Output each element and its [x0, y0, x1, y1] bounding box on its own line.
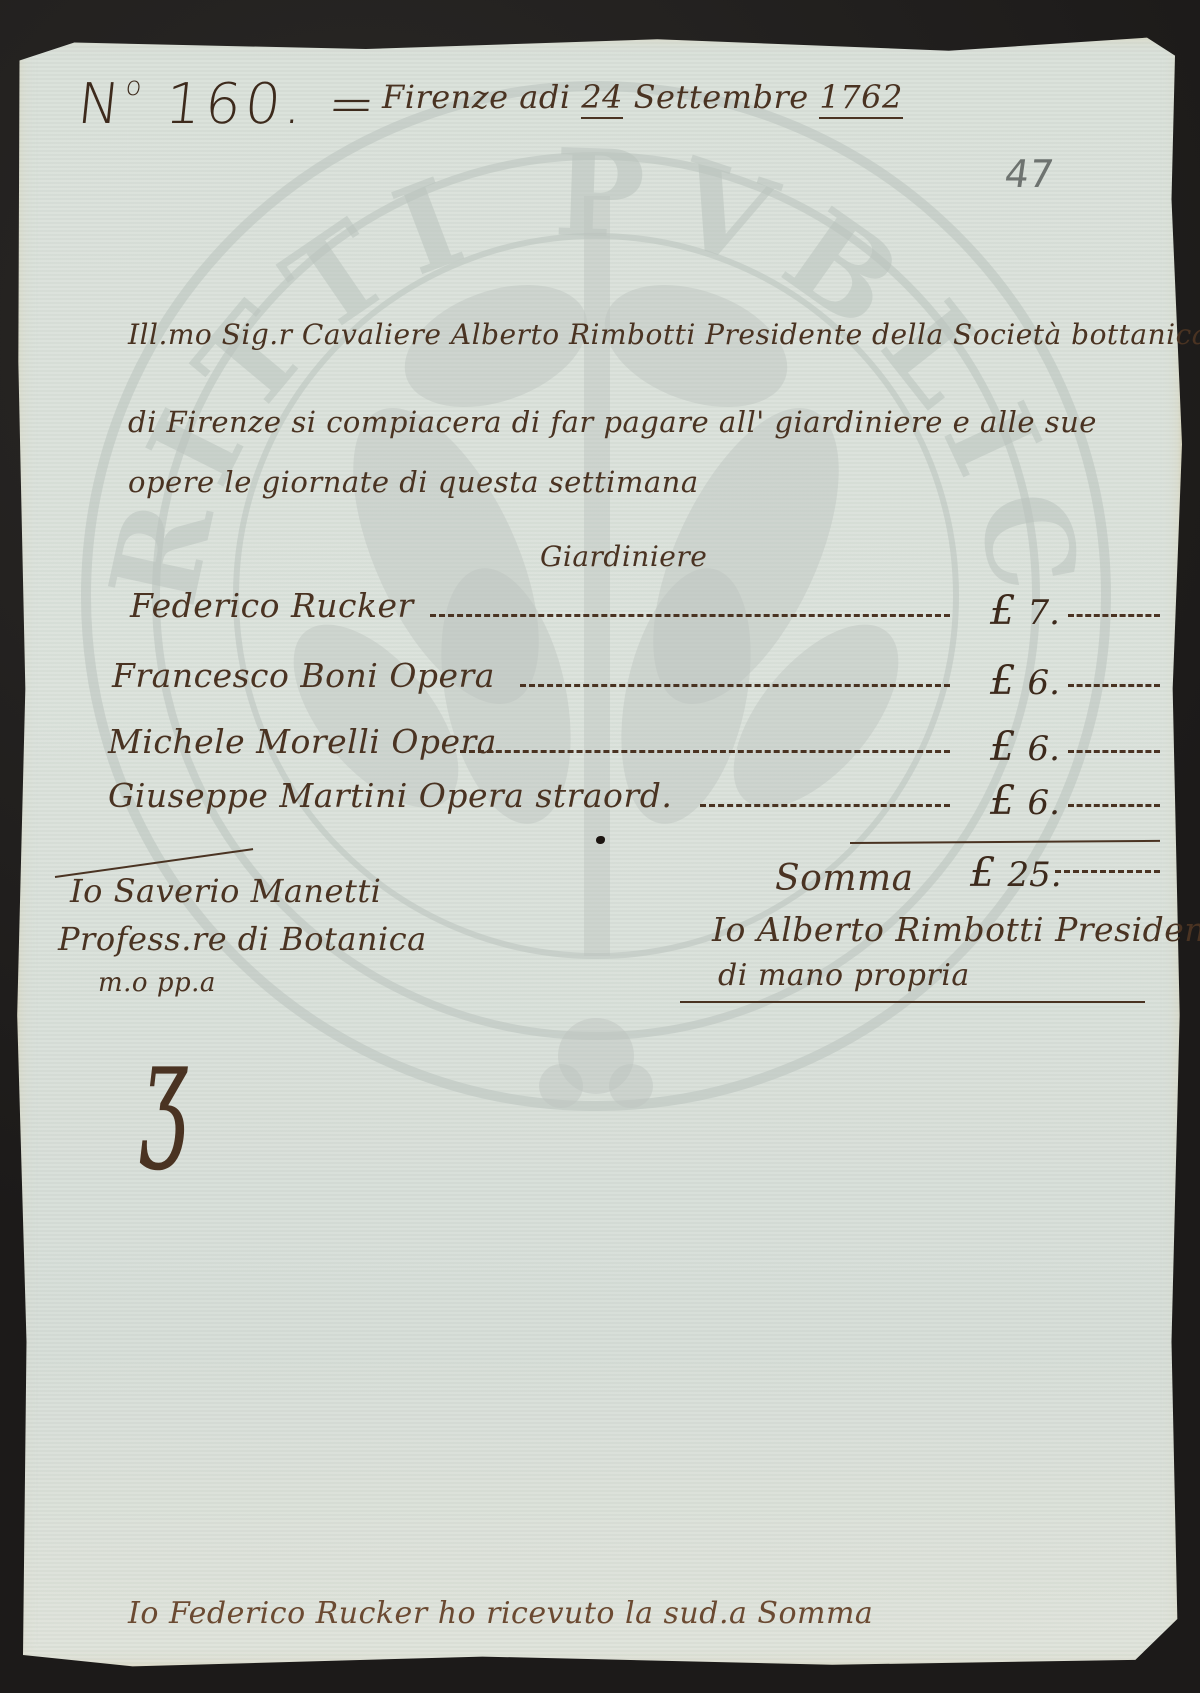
address-line-3: opere le giornate di questa settimana: [128, 465, 699, 499]
receipt-note: Io Federico Rucker ho ricevuto la sud.a …: [128, 1596, 873, 1631]
date-day: 24: [581, 78, 623, 119]
address-line-1: Ill.mo Sig.r Cavaliere Alberto Rimbotti …: [128, 318, 1200, 351]
dash-leader: [430, 614, 950, 617]
signature-underline: [680, 1001, 1145, 1003]
total-amount: £25.: [970, 850, 1062, 896]
date-year: 1762: [819, 78, 902, 119]
signature-left-line-2: Profess.re di Botanica: [58, 920, 427, 958]
document-number: No 160. =: [75, 72, 383, 137]
total-label: Somma: [775, 858, 914, 899]
signature-right-line-2: di mano propria: [718, 958, 970, 993]
paraph-flourish-icon: ʒ: [141, 1010, 188, 1173]
address-line-2: di Firenze si compiacera di far pagare a…: [128, 405, 1097, 439]
dash-leader: [520, 684, 950, 687]
dash-leader: [460, 750, 950, 753]
signature-left-line-3: m.o pp.a: [98, 968, 216, 998]
ink-blot: [596, 836, 605, 844]
entry-name: Federico Rucker: [130, 586, 414, 625]
dash-trailer: [1055, 870, 1160, 873]
entry-name: Michele Morelli Opera: [108, 722, 497, 761]
entry-amount: £7.: [990, 588, 1060, 634]
archive-folio-number: 47: [1002, 152, 1057, 196]
dash-leader: [700, 804, 950, 807]
dash-trailer: [1068, 614, 1160, 617]
entry-amount: £6.: [990, 658, 1060, 704]
dash-trailer: [1068, 804, 1160, 807]
section-heading: Giardiniere: [540, 540, 707, 573]
entry-amount: £6.: [990, 778, 1060, 824]
signature-left-line-1: Io Saverio Manetti: [70, 872, 381, 910]
signature-right-line-1: Io Alberto Rimbotti Presidente: [712, 910, 1200, 949]
place-date: Firenze adi 24 Settembre 1762: [382, 78, 903, 116]
dash-trailer: [1068, 684, 1160, 687]
entry-amount: £6.: [990, 724, 1060, 770]
dash-trailer: [1068, 750, 1160, 753]
entry-name: Giuseppe Martini Opera straord.: [108, 776, 672, 815]
entry-name: Francesco Boni Opera: [112, 656, 495, 695]
